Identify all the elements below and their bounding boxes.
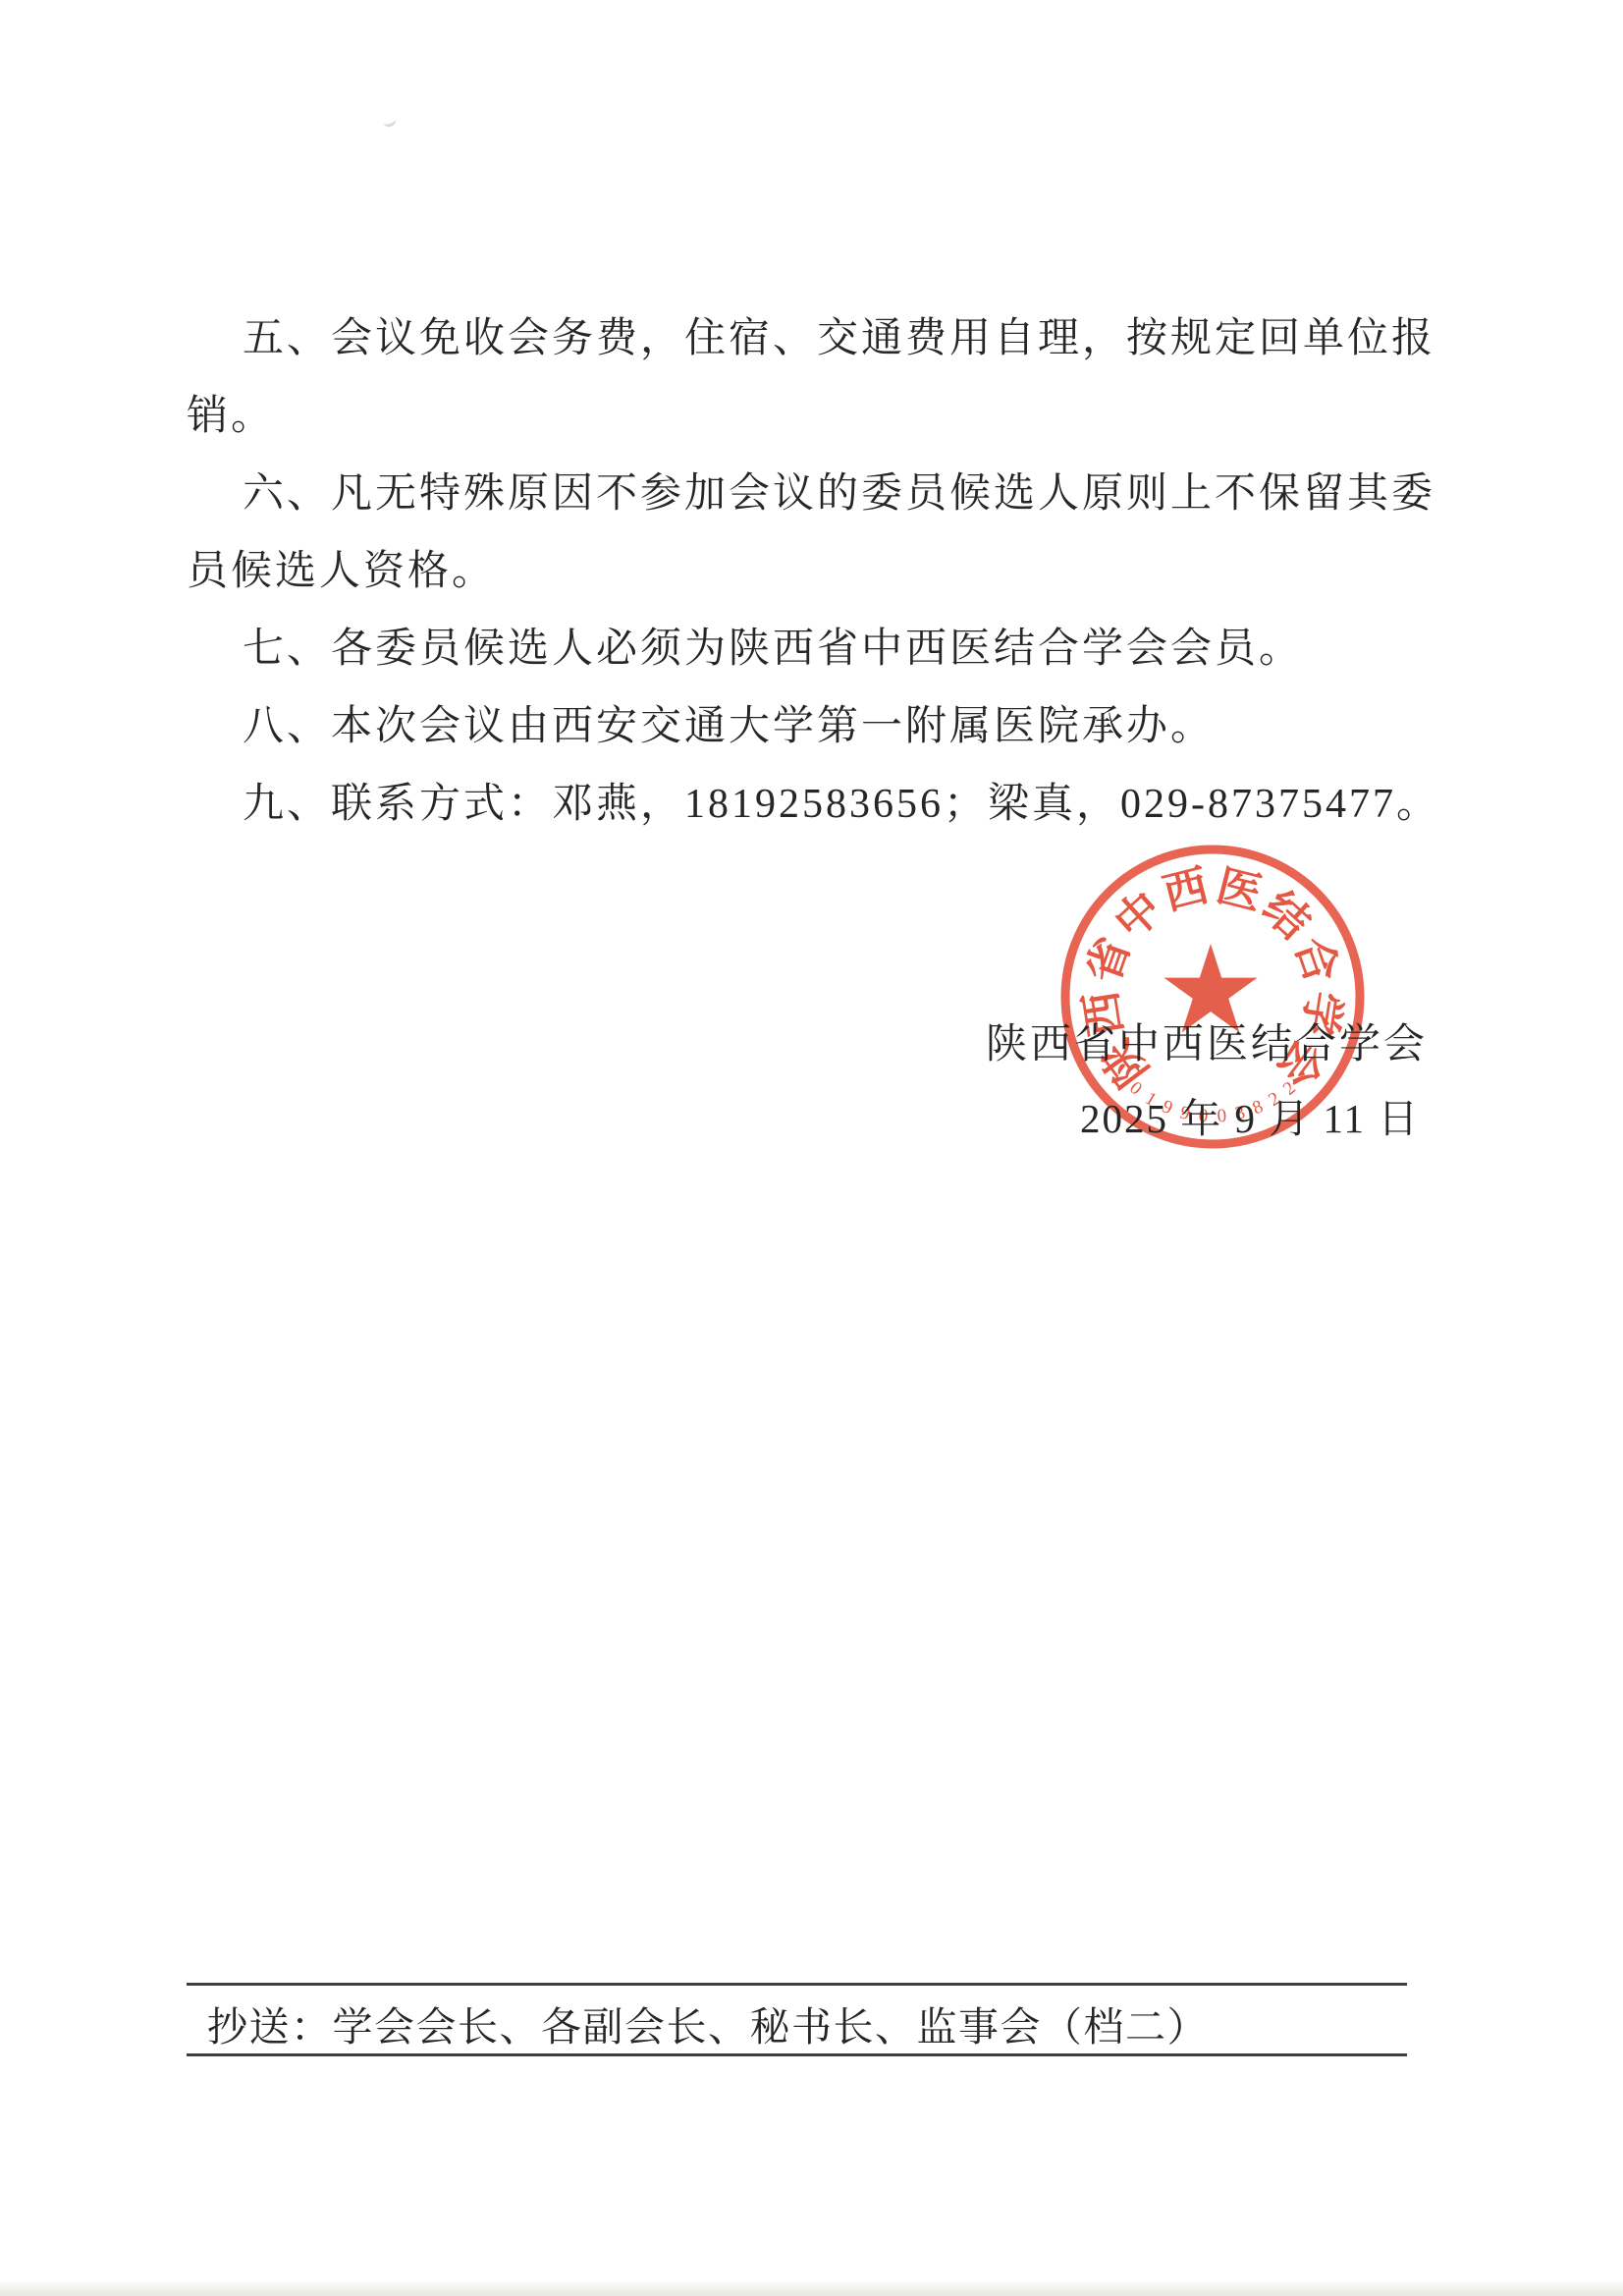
- svg-text:医: 医: [1212, 861, 1267, 919]
- cc-line: 抄送：学会会长、各副会长、秘书长、监事会（档二）: [207, 1995, 1209, 2052]
- body-line-item-6: 六、凡无特殊原因不参加会议的委员候选人原则上不保留其委: [187, 456, 1440, 533]
- body-line-item-6b: 员候选人资格。: [187, 533, 1440, 611]
- signature-date: 2025 年 9 月 11 日: [1080, 1086, 1420, 1144]
- scan-edge: [0, 2281, 1623, 2296]
- body-line-item-5: 五、会议免收会务费，住宿、交通费用自理，按规定回单位报: [187, 301, 1440, 378]
- body-line-item-8: 八、本次会议由西安交通大学第一附属医院承办。: [187, 688, 1440, 766]
- body-line-item-5b: 销。: [187, 378, 1440, 456]
- body-line-item-7: 七、各委员候选人必须为陕西省中西医结合学会会员。: [187, 611, 1440, 688]
- document-page: 五、会议免收会务费，住宿、交通费用自理，按规定回单位报 销。 六、凡无特殊原因不…: [0, 0, 1623, 2296]
- footer-rule-bottom: [187, 2053, 1407, 2056]
- svg-text:合: 合: [1286, 931, 1347, 989]
- svg-text:中: 中: [1106, 883, 1171, 949]
- signature-org: 陕西省中西医结合学会: [986, 1011, 1428, 1070]
- svg-text:西: 西: [1159, 861, 1214, 919]
- footer-rule-top: [187, 1983, 1407, 1986]
- scan-artifact: [382, 114, 398, 128]
- document-body: 五、会议免收会务费，住宿、交通费用自理，按规定回单位报 销。 六、凡无特殊原因不…: [187, 301, 1440, 844]
